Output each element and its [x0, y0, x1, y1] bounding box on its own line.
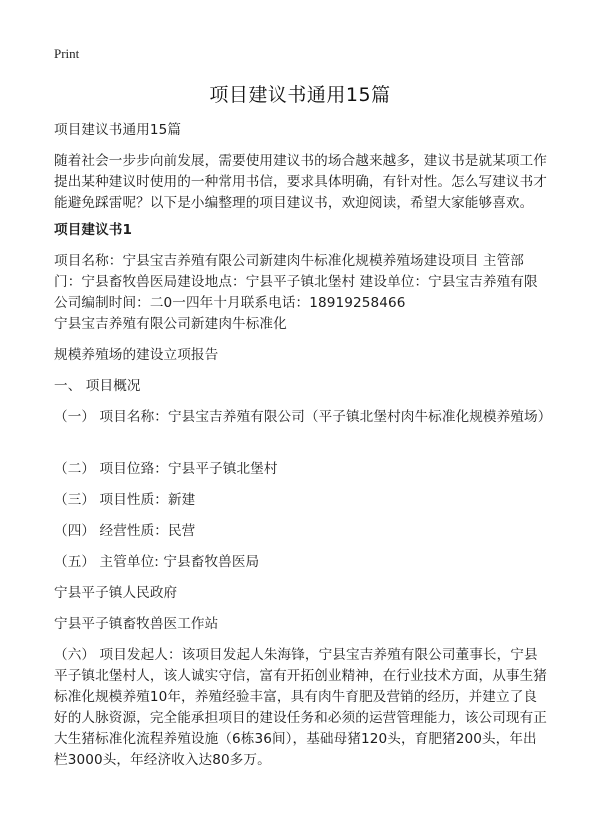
initiator-paragraph: （六） 项目发起人：该项目发起人朱海锋，宁县宝吉养殖有限公司董事长，宁县平子镇北… — [54, 645, 548, 771]
project-info-paragraph: 项目名称：宁县宝吉养殖有限公司新建肉牛标准化规模养殖场建设项目 主管部门：宁县畜… — [54, 251, 548, 314]
report-title-line-1: 宁县宝吉养殖有限公司新建肉牛标准化 — [54, 314, 548, 335]
org-veterinary-station: 宁县平子镇畜牧兽医工作站 — [54, 614, 548, 635]
overview-heading: 一、 项目概况 — [54, 376, 548, 397]
document-subtitle: 项目建议书通用15篇 — [54, 120, 548, 141]
document-title: 项目建议书通用15篇 — [0, 80, 600, 107]
list-item-business-nature: （四） 经营性质：民营 — [54, 521, 548, 542]
list-item-project-name: （一） 项目名称：宁县宝吉养殖有限公司（平子镇北堡村肉牛标准化规模养殖场） — [54, 407, 548, 428]
list-item-supervising-unit: （五） 主管单位: 宁县畜牧兽医局 — [54, 552, 548, 573]
org-town-government: 宁县平子镇人民政府 — [54, 583, 548, 604]
report-title-line-2: 规模养殖场的建设立项报告 — [54, 345, 548, 366]
print-label: Print — [54, 46, 79, 62]
intro-paragraph: 随着社会一步步向前发展，需要使用建议书的场合越来越多，建议书是就某项工作提出某种… — [54, 151, 548, 214]
section-heading: 项目建议书1 — [54, 220, 548, 241]
list-item-project-nature: （三） 项目性质：新建 — [54, 490, 548, 511]
list-item-project-location: （二） 项目位臵：宁县平子镇北堡村 — [54, 459, 548, 480]
